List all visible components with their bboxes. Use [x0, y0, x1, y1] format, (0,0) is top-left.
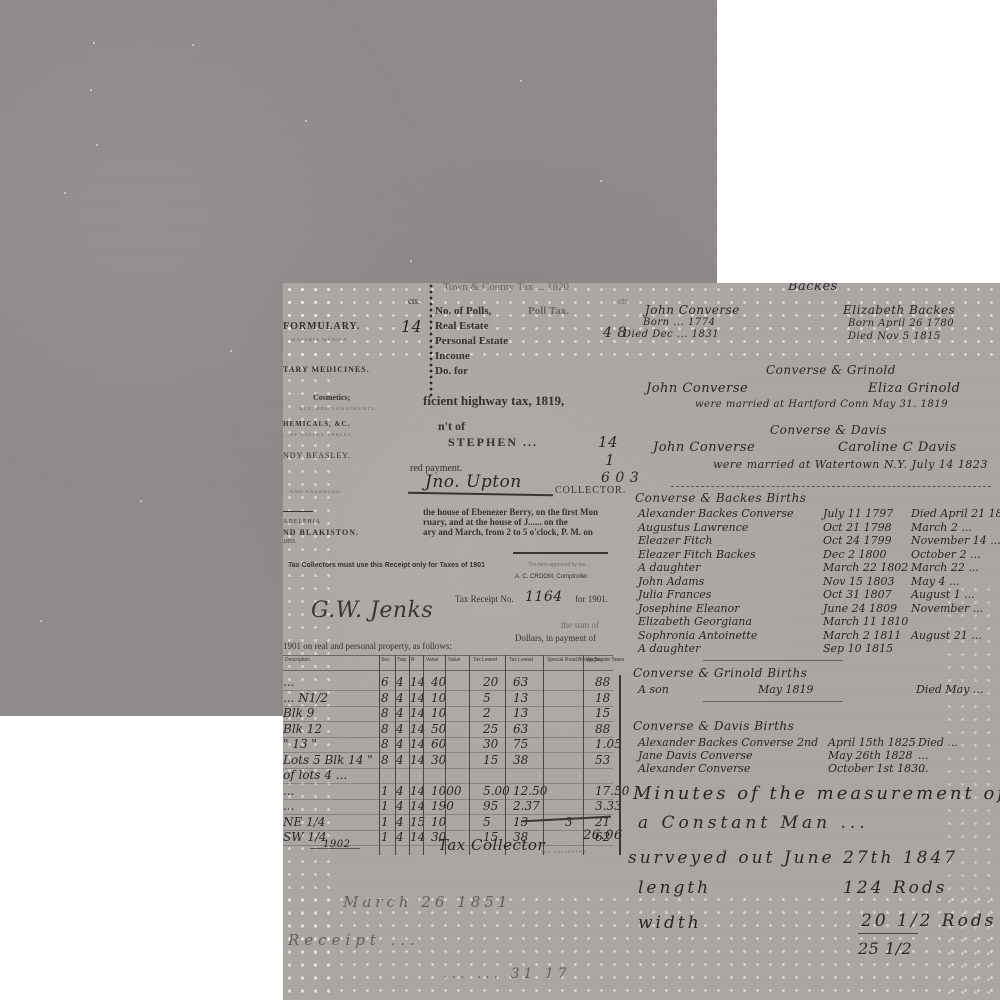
table-row: ... N1/284141051318	[283, 691, 628, 708]
birth-born: Sep 10 1815	[823, 642, 893, 655]
paper-speck	[230, 350, 232, 352]
tax-collector-signature: Tax Collector	[438, 836, 545, 854]
receipt-text: the sum of	[561, 620, 599, 630]
birth-born: Oct 31 1807	[823, 588, 892, 601]
paper-speck	[520, 80, 522, 82]
minutes-line: width	[638, 913, 702, 933]
table-column-line	[583, 655, 584, 855]
table-cell: NE 1/4	[283, 815, 325, 829]
table-cell: SW 1/4	[283, 830, 327, 844]
table-cell: 15	[483, 753, 498, 767]
birth-died: May 4 ...	[911, 575, 960, 588]
notice-line: the house of Ebenezer Berry, on the firs…	[423, 507, 598, 517]
table-cell: 8	[381, 722, 389, 736]
paper-speck	[90, 89, 92, 91]
ad-line: ...OF USEFUL TABLES.	[283, 433, 354, 438]
birth-name: Julia Frances	[638, 588, 711, 601]
birth-born: March 22 1802	[823, 561, 908, 574]
receipt-item: Personal Estate	[435, 335, 508, 347]
table-column-line	[423, 655, 424, 855]
table-cell: 2.37	[513, 799, 540, 813]
cts-label: cts	[618, 296, 628, 306]
table-cell: ... N1/2	[283, 691, 328, 705]
table-cell: 63	[513, 722, 528, 736]
birth-died: August 1 ...	[911, 588, 975, 601]
table-row: Blk 984141021315	[283, 706, 628, 723]
table-cell: 30	[483, 737, 498, 751]
collector-name: STEPHEN ...	[448, 435, 538, 450]
record-name: Caroline C Davis	[838, 440, 957, 455]
birth-born: October 1st 1830	[828, 762, 925, 775]
table-cell: of lots 4 ...	[283, 768, 347, 782]
receipt-item: Real Estate	[435, 320, 488, 332]
table-cell: 17.50	[595, 784, 629, 798]
table-row: ...1414190952.373.33	[283, 799, 628, 816]
record-date: Born ... 1774	[643, 317, 715, 328]
minutes-line: length	[638, 878, 711, 898]
minutes-line: Minutes of the measurement of	[633, 783, 1000, 804]
birth-name: A daughter	[638, 561, 700, 574]
birth-born: May 1819	[758, 683, 814, 696]
divider	[858, 933, 918, 934]
handwritten-number: 6 0 3	[601, 470, 639, 486]
birth-name: Alexander Backes Converse 2nd	[638, 736, 818, 749]
table-row: of lots 4 ...	[283, 768, 628, 785]
birth-name: Eleazer Fitch	[638, 534, 713, 547]
record-name: John Converse	[645, 303, 740, 317]
table-cell: 8	[381, 691, 389, 705]
table-cell: 1	[381, 784, 389, 798]
table-cell: Blk 12	[283, 722, 322, 736]
record-text: were married at Hartford Conn May 31. 18…	[695, 399, 948, 410]
table-cell: 5	[483, 691, 491, 705]
birth-name: Josephine Eleanor	[638, 602, 740, 615]
ad-line: HEMICALS, &c.	[283, 420, 350, 428]
table-cell: ...	[283, 784, 294, 798]
table-cell: 8	[381, 706, 389, 720]
table-cell: 8	[381, 753, 389, 767]
birth-name: Augustus Lawrence	[638, 521, 748, 534]
table-cell: 4	[396, 830, 404, 844]
minutes-line: a Constant Man ...	[638, 813, 869, 833]
handwritten-number: 14	[401, 317, 422, 336]
birth-died: March 2 ...	[911, 521, 972, 534]
table-row: Blk 12841450256388	[283, 722, 628, 739]
birth-died: October 2 ...	[911, 548, 981, 561]
birth-born: April 15th 1825	[828, 736, 916, 749]
table-cell: 1.05	[595, 737, 622, 751]
birth-died: March 22 ...	[911, 561, 979, 574]
receipt-text: n't of	[438, 419, 465, 434]
paper-speck	[40, 620, 42, 622]
record-date: Died Dec ... 1831	[623, 329, 719, 340]
table-header: Twp	[397, 657, 406, 663]
record-date: Died Nov 5 1815	[848, 331, 941, 342]
table-cell: 8	[381, 737, 389, 751]
birth-born: March 2 1811	[823, 629, 901, 642]
ad-line: ...AND ENLARGED.	[283, 490, 343, 495]
table-cell: 5	[483, 815, 491, 829]
ad-line: ...ELS, AND CONDIMENTS,	[293, 407, 377, 412]
table-cell: 30	[431, 753, 446, 767]
table-cell: 88	[595, 675, 610, 689]
minutes-line: ... ... 31 17	[443, 966, 571, 982]
table-column-line	[469, 655, 470, 855]
birth-born: March 11 1810	[823, 615, 908, 628]
ad-line: ND BLAKISTON.	[283, 528, 359, 537]
document-print-paper: FORMULARY. MATERIA MEDICA TARY MEDICINES…	[283, 283, 1000, 1000]
table-header: Value	[448, 657, 460, 663]
dotted-border	[429, 338, 433, 398]
table-column-line	[445, 655, 446, 855]
birth-died: Died ...	[918, 736, 958, 749]
table-cell: 4	[396, 737, 404, 751]
table-cell: 50	[431, 722, 446, 736]
table-cell: 4	[396, 722, 404, 736]
birth-born: May 26th 1828	[828, 749, 913, 762]
notice-line: ary and March, from 2 to 5 o'clock, P. M…	[423, 527, 593, 537]
record-heading: Converse & Backes Births	[635, 491, 806, 505]
table-column-line	[379, 655, 380, 855]
record-heading: Backes	[788, 283, 838, 294]
birth-born: Oct 24 1799	[823, 534, 892, 547]
collector-label: COLLECTOR.	[555, 485, 626, 496]
ad-line: 1855.	[283, 539, 297, 545]
table-cell: 25	[483, 722, 498, 736]
table-cell: 1	[381, 799, 389, 813]
table-cell: 88	[595, 722, 610, 736]
ad-line: Cosmetics;	[313, 393, 350, 402]
table-cell: 53	[595, 753, 610, 767]
table-header: Sec	[381, 657, 390, 663]
birth-died: August 21 ...	[911, 629, 982, 642]
receipt-number-label: Tax Receipt No.	[455, 594, 514, 604]
payer-signature: G.W. Jenks	[311, 598, 433, 623]
birth-died: ...	[918, 749, 929, 762]
ad-line: TARY MEDICINES.	[283, 365, 370, 374]
birth-died: Died May ...	[916, 683, 983, 696]
table-cell: 4	[396, 691, 404, 705]
record-heading: Converse & Grinold	[766, 363, 896, 377]
table-cell: 38	[513, 753, 528, 767]
receipt-text: 1901 on real and personal property, as f…	[283, 641, 452, 651]
tax-table: DescriptionSecTwpRValueValueTax LeviedTa…	[283, 655, 628, 825]
divider	[671, 486, 991, 488]
table-cell: 2	[483, 706, 491, 720]
table-column-line	[395, 655, 396, 855]
paper-speck	[93, 42, 95, 44]
table-total: 26.06	[583, 828, 623, 843]
birth-died: November 14 ...	[911, 534, 1000, 547]
ad-line: NDY BEASLEY.	[283, 451, 351, 460]
table-cell: ...	[283, 675, 294, 689]
receipt-notice: Tax Collectors must use this Receipt onl…	[288, 562, 485, 569]
table-header: Value	[426, 657, 438, 663]
record-name: John Converse	[653, 440, 755, 455]
minutes-line: 25 1/2	[858, 939, 912, 958]
table-rule	[283, 670, 613, 671]
birth-name: A son	[638, 683, 669, 696]
birth-born: Dec 2 1800	[823, 548, 886, 561]
ad-line: ADELPHIA	[283, 519, 321, 525]
receipt-item: Income	[435, 350, 470, 362]
minutes-line: surveyed out June 27th 1847	[628, 848, 958, 868]
receipt-header: Town & County Tax ... 1820	[443, 283, 569, 293]
record-heading: Converse & Grinold Births	[633, 666, 807, 680]
table-header: R	[411, 657, 415, 663]
highway-tax-text: ficient highway tax, 1819,	[423, 393, 564, 409]
signature-underline	[408, 492, 553, 497]
table-cell: 3	[565, 815, 573, 829]
table-cell: 20	[483, 675, 498, 689]
birth-name: Alexander Converse	[638, 762, 750, 775]
table-cell: 18	[595, 691, 610, 705]
table-cell: 63	[513, 675, 528, 689]
table-cell: Lots 5 Blk 14 "	[283, 753, 373, 767]
record-date: Born April 26 1780	[848, 318, 954, 329]
birth-name: Sophronia Antoinette	[638, 629, 757, 642]
table-cell: 1	[381, 815, 389, 829]
handwritten-number: 1	[605, 451, 615, 469]
minutes-line: 124 Rods	[843, 878, 948, 898]
notice-line: ruary, and at the house of J...... on th…	[423, 517, 568, 527]
table-header: Tax Levied	[473, 657, 497, 663]
table-cell: 3.33	[595, 799, 622, 813]
receipt-number: 1164	[525, 589, 563, 605]
comptroller-name: A. C. CROOM, Comptroller.	[515, 574, 589, 580]
table-cell: 40	[431, 675, 446, 689]
paper-speck	[140, 500, 142, 502]
table-cell: 10	[431, 706, 446, 720]
birth-born: Oct 21 1798	[823, 521, 892, 534]
birth-name: Eleazer Fitch Backes	[638, 548, 756, 561]
paper-speck	[64, 192, 66, 194]
table-header: Description	[285, 657, 310, 663]
table-cell: Blk 9	[283, 706, 314, 720]
table-cell: 1000	[431, 784, 462, 798]
table-row: ...141410005.0012.5017.50	[283, 784, 628, 801]
divider	[703, 660, 843, 661]
table-cell: 13	[513, 706, 528, 720]
divider	[513, 552, 608, 554]
birth-born: July 11 1797	[823, 507, 893, 520]
record-heading: Converse & Davis Births	[633, 719, 794, 733]
table-cell: 1	[381, 830, 389, 844]
table-header: Aggregate Taxes	[587, 657, 624, 663]
table-header: Tax Levied	[509, 657, 533, 663]
birth-born: June 24 1809	[823, 602, 897, 615]
table-cell: ...	[283, 799, 294, 813]
collector-signature: Jno. Upton	[425, 472, 522, 492]
handwritten-number: 14	[598, 433, 618, 451]
table-cell: 15	[595, 706, 610, 720]
birth-name: A daughter	[638, 642, 700, 655]
cts-label: cts.	[408, 296, 420, 306]
table-row: " 13 "84146030751.05	[283, 737, 628, 754]
paper-speck	[410, 260, 412, 262]
table-cell: 4	[396, 799, 404, 813]
minutes-line: 20 1/2 Rods	[861, 911, 996, 931]
collector-caption: TAX COLLECTOR	[541, 849, 587, 854]
divider	[310, 848, 360, 849]
table-cell: 10	[431, 691, 446, 705]
birth-died: Died April 21 1812	[911, 507, 1000, 520]
table-cell: 4	[396, 675, 404, 689]
record-name: Eliza Grinold	[868, 381, 960, 396]
table-cell: 4	[396, 815, 404, 829]
table-column-line	[409, 655, 410, 855]
table-cell: 6	[381, 675, 389, 689]
table-column-line	[505, 655, 506, 855]
minutes-line: Receipt ...	[288, 931, 420, 949]
record-text: were married at Watertown N.Y. July 14 1…	[713, 458, 988, 471]
paper-speck	[600, 180, 602, 182]
table-row: Lots 5 Blk 14 "841430153853	[283, 753, 628, 770]
divider	[703, 701, 843, 702]
birth-died: November ...	[911, 602, 983, 615]
table-cell: 75	[513, 737, 528, 751]
receipt-text: Dollars, in payment of	[515, 633, 596, 643]
birth-name: Alexander Backes Converse	[638, 507, 794, 520]
minutes-line: March 26 1851	[343, 893, 511, 911]
table-cell: 4	[396, 753, 404, 767]
birth-name: Elizabeth Georgiana	[638, 615, 752, 628]
paper-speck	[192, 44, 194, 46]
table-rule	[283, 655, 613, 656]
birth-born: Nov 15 1803	[823, 575, 894, 588]
ad-line: FORMULARY.	[283, 321, 360, 332]
paper-speck	[305, 120, 307, 122]
table-cell: " 13 "	[283, 737, 317, 751]
table-cell: 190	[431, 799, 454, 813]
table-cell: 13	[513, 691, 528, 705]
receipt-item: No. of Polls,	[435, 305, 491, 317]
table-row: ...641440206388	[283, 675, 628, 692]
dotted-border	[429, 283, 433, 338]
birth-name: John Adams	[638, 575, 704, 588]
birth-name: Jane Davis Converse	[638, 749, 753, 762]
record-name: Elizabeth Backes	[843, 303, 955, 317]
record-name: John Converse	[646, 381, 748, 396]
table-cell: 4	[396, 784, 404, 798]
table-cell: 10	[431, 815, 446, 829]
receipt-item: Poll Tax.	[528, 305, 569, 317]
receipt-item: Do. for	[435, 365, 468, 377]
table-cell: 60	[431, 737, 446, 751]
receipt-year: for 1901.	[575, 594, 608, 604]
table-cell: 4	[396, 706, 404, 720]
comptroller-caption: The form approved by the...	[528, 562, 589, 568]
table-column-line	[543, 655, 544, 855]
paper-speck	[96, 144, 98, 146]
ad-line: MATERIA MEDICA	[291, 338, 348, 343]
divider	[283, 511, 313, 512]
table-cell: 95	[483, 799, 498, 813]
birth-died: ...	[918, 762, 929, 775]
record-heading: Converse & Davis	[770, 423, 887, 437]
